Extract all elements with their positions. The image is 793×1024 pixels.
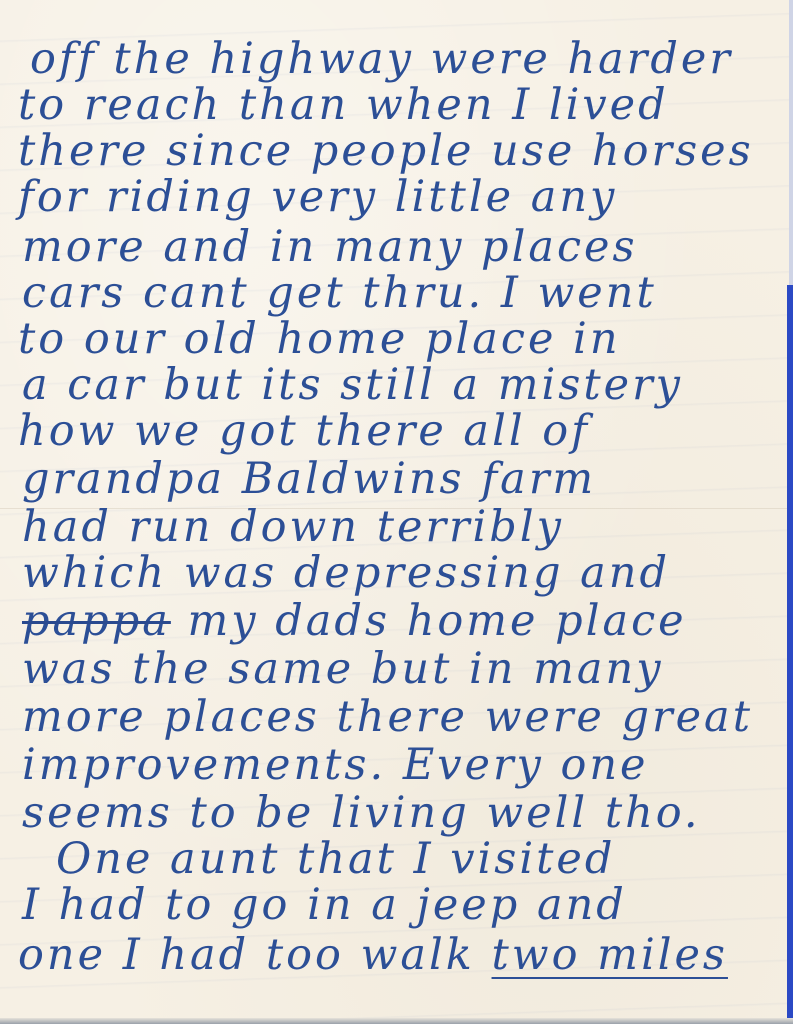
handwritten-line-9: how we got there all of: [18, 410, 590, 453]
handwritten-line-18: One aunt that I visited: [56, 838, 615, 881]
blue-page-edge: [787, 285, 793, 1024]
page-edge-top: [789, 0, 793, 285]
handwritten-line-15: more places there were great: [22, 696, 753, 739]
handwritten-line-4: for riding very little any: [18, 176, 617, 219]
handwritten-line-1: off the highway were harder: [30, 38, 733, 81]
handwritten-line-3: there since people use horses: [18, 130, 754, 173]
handwritten-line-19: I had to go in a jeep and: [22, 884, 627, 927]
handwritten-line-14: was the same but in many: [22, 648, 664, 691]
handwritten-line-8: a car but its still a mistery: [22, 364, 683, 407]
handwritten-line-17: seems to be living well tho.: [22, 792, 701, 835]
line-13-text: my dads home place: [188, 596, 687, 646]
bottom-page-edge: [0, 1018, 793, 1024]
handwritten-line-7: to our old home place in: [18, 318, 621, 361]
handwritten-line-5: more and in many places: [22, 226, 638, 269]
handwritten-line-13: pappa my dads home place: [22, 600, 687, 643]
handwritten-line-11: had run down terribly: [22, 506, 564, 549]
letter-page: off the highway were harder to reach tha…: [0, 0, 793, 1024]
line-20-text: one I had too walk: [18, 930, 492, 980]
underlined-phrase: two miles: [492, 930, 728, 980]
handwritten-line-20: one I had too walk two miles: [18, 934, 728, 977]
handwritten-line-10: grandpa Baldwins farm: [22, 458, 596, 501]
struck-out-word: pappa: [22, 596, 171, 646]
handwritten-line-16: improvements. Every one: [22, 744, 649, 787]
handwritten-line-6: cars cant get thru. I went: [22, 272, 657, 315]
handwritten-line-12: which was depressing and: [22, 552, 670, 595]
handwritten-line-2: to reach than when I lived: [18, 84, 669, 127]
